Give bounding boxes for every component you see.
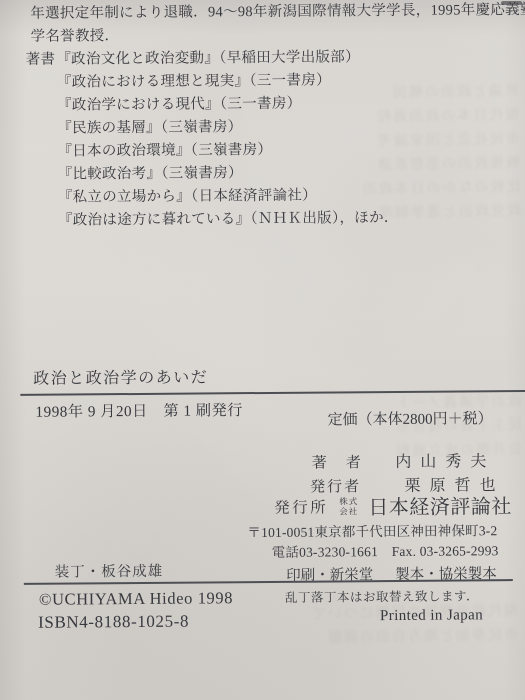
publishing-house-label: 発行所 bbox=[274, 495, 328, 517]
isbn: ISBN4-8188-1025-8 bbox=[38, 612, 189, 634]
page-content: 年選択定年制により退職．94～98年新潟国際情報大学学長，1995年慶応義塾大 … bbox=[0, 0, 525, 700]
bio-line: 年選択定年制により退職．94～98年新潟国際情報大学学長，1995年慶応義塾大 bbox=[30, 2, 525, 23]
author-row: 著 者 内 山 秀 夫 bbox=[312, 448, 489, 472]
divider-rule bbox=[20, 390, 525, 396]
copyright-line: ©UCHIYAMA Hideo 1998 bbox=[39, 588, 233, 609]
book-list-item: 『私立の立場から』（日本経済評論社） bbox=[58, 188, 317, 207]
book-list-item: 『政治における理想と現実』（三一書房） bbox=[57, 72, 331, 92]
publishing-house-row: 発行所 株式 会社 日本経済評論社 bbox=[274, 490, 512, 521]
company-type-stack: 株式 会社 bbox=[339, 496, 358, 516]
company-type-top: 株式 bbox=[339, 496, 358, 506]
defect-exchange-notice: 乱丁落丁本はお取替え致します． bbox=[285, 589, 479, 606]
publisher-address: 〒101-0051東京都千代田区神田神保町3-2 bbox=[247, 523, 497, 541]
book-list-item: 『民族の基層』（三嶺書房） bbox=[57, 119, 242, 138]
book-colophon-page: 世論と政治の構図 現代日本の政治過程 市民社会と国家論考 戦後政治の思想系譜 比… bbox=[0, 0, 525, 700]
author-label: 著 者 bbox=[312, 451, 363, 472]
cover-design-credit: 装丁・板谷成雄 bbox=[55, 564, 164, 582]
book-title: 『政治文化と政治変動』（早稲田大学出版部） bbox=[56, 49, 360, 67]
book-list-item: 『比較政治考』（三嶺書房） bbox=[58, 165, 243, 184]
company-type-bottom: 会社 bbox=[339, 506, 358, 516]
price: 定価（本体2800円＋税） bbox=[327, 410, 492, 429]
phone-fax: 電話03-3230-1661 Fax. 03-3265-2993 bbox=[272, 543, 499, 561]
publishing-house-name: 日本経済評論社 bbox=[368, 490, 512, 520]
edition-date: 1998年 9 月20日 第 1 刷発行 bbox=[35, 402, 243, 422]
books-label: 著書 bbox=[26, 52, 56, 68]
bio-line: 学名誉教授． bbox=[30, 28, 119, 46]
book-list-item: 『日本の政治環境』（三嶺書房） bbox=[57, 142, 272, 161]
book-list-item: 著書『政治文化と政治変動』（早稲田大学出版部） bbox=[26, 49, 360, 69]
printed-in-japan: Printed in Japan bbox=[380, 606, 483, 625]
book-title-main: 政治と政治学のあいだ bbox=[33, 368, 208, 389]
author-name: 内 山 秀 夫 bbox=[395, 448, 489, 472]
book-list-item: 『政治学における現代』（三一書房） bbox=[57, 96, 301, 115]
book-list-item: 『政治は途方に暮れている』（ＮＨＫ出版），ほか． bbox=[58, 210, 399, 230]
